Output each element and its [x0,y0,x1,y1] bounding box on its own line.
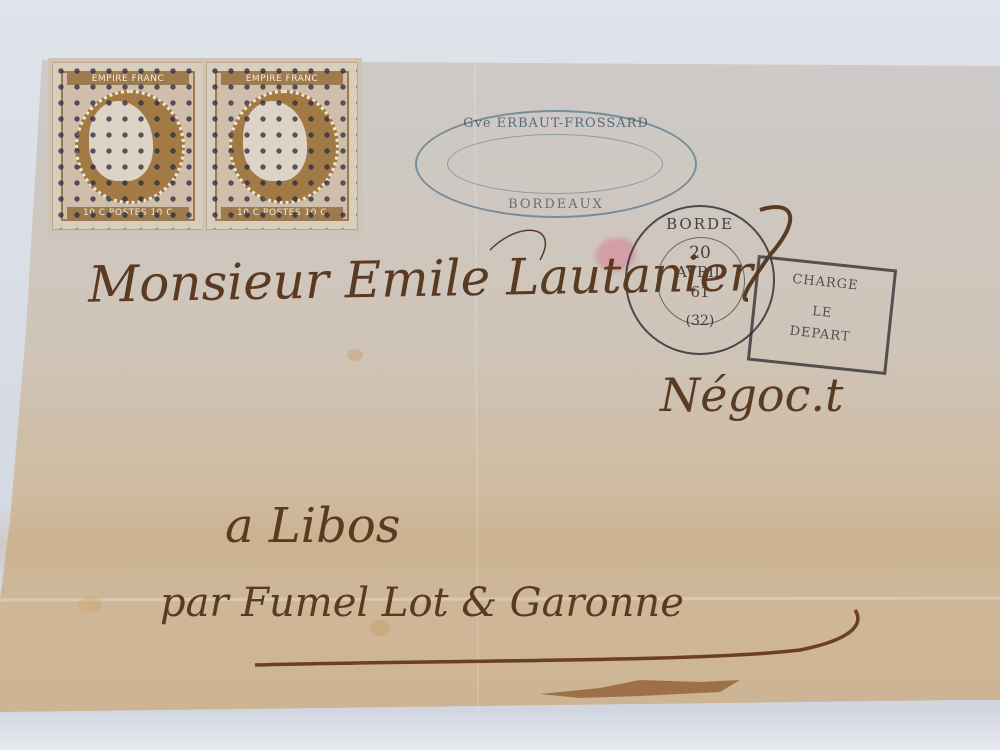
address-underline-flourish [0,0,1000,750]
letter-photo: EMPIRE FRANC 10 C POSTES 10 C EMPIRE FRA… [0,0,1000,750]
